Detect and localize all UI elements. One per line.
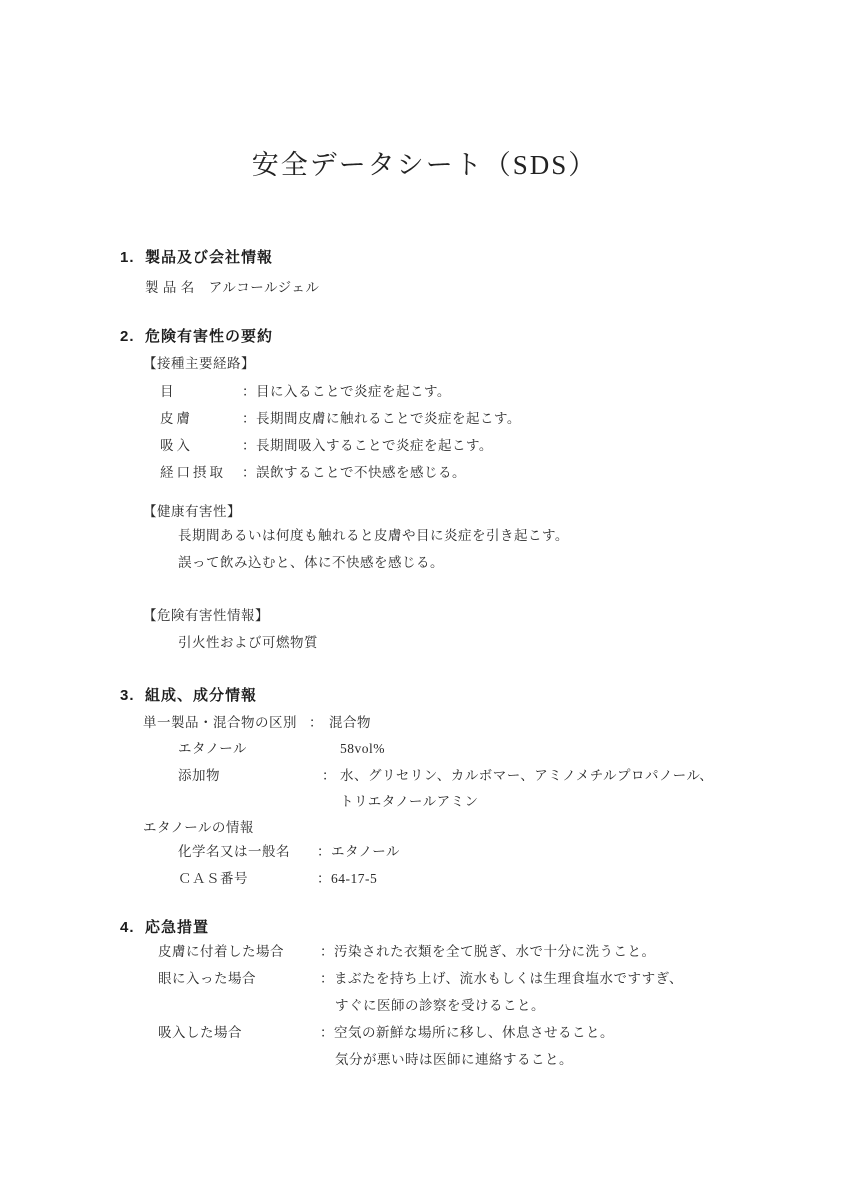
- ethanol-info-list: 化学名又は一般名 ：エタノール ＣＡＳ番号 ：64-17-5: [178, 838, 400, 892]
- component-row-additives: 添加物 ： 水、グリセリン、カルボマー、アミノメチルプロパノール、: [178, 763, 713, 790]
- first-aid-line: ：まぶたを持ち上げ、流水もしくは生理食塩水ですすぎ、: [320, 965, 683, 992]
- route-row-eye: 目 ：目に入ることで炎症を起こす。: [160, 378, 521, 405]
- section-2-number: 2.: [120, 328, 145, 345]
- chemical-name-value: ：エタノール: [317, 838, 400, 865]
- first-aid-desc: ：汚染された衣類を全て脱ぎ、水で十分に洗うこと。: [320, 938, 655, 965]
- component-value: 58vol%: [340, 736, 385, 763]
- route-label: 経口摂取: [160, 459, 242, 486]
- section-4-number: 4.: [120, 919, 145, 936]
- first-aid-desc: ：空気の新鮮な場所に移し、休息させること。 気分が悪い時は医師に連絡すること。: [320, 1019, 614, 1073]
- classification-colon: ：: [309, 711, 323, 731]
- route-row-ingestion: 経口摂取 ：誤飲することで不快感を感じる。: [160, 459, 521, 486]
- exposure-routes-header: 【接種主要経路】: [143, 352, 255, 372]
- section-1-heading: 1. 製品及び会社情報: [120, 246, 273, 267]
- first-aid-list: 皮膚に付着した場合 ：汚染された衣類を全て脱ぎ、水で十分に洗うこと。 眼に入った…: [158, 938, 683, 1073]
- page-title: 安全データシート（SDS）: [0, 143, 849, 182]
- first-aid-label: 皮膚に付着した場合: [158, 938, 320, 965]
- section-1-title: 製品及び会社情報: [145, 246, 273, 267]
- exposure-routes-list: 目 ：目に入ることで炎症を起こす。 皮膚 ：長期間皮膚に触れることで炎症を起こす…: [160, 378, 521, 486]
- first-aid-row-inhalation: 吸入した場合 ：空気の新鮮な場所に移し、休息させること。 気分が悪い時は医師に連…: [158, 1019, 683, 1073]
- component-label: エタノール: [178, 736, 322, 763]
- section-3-number: 3.: [120, 687, 145, 704]
- hazard-info-header: 【危険有害性情報】: [143, 604, 269, 624]
- route-desc: ：長期間皮膚に触れることで炎症を起こす。: [242, 405, 521, 432]
- component-colon: ：: [322, 763, 340, 790]
- route-label: 吸入: [160, 432, 242, 459]
- first-aid-line: ：空気の新鮮な場所に移し、休息させること。: [320, 1019, 614, 1046]
- first-aid-line-continued: すぐに医師の診察を受けること。: [320, 992, 683, 1019]
- first-aid-desc: ：まぶたを持ち上げ、流水もしくは生理食塩水ですすぎ、 すぐに医師の診察を受けるこ…: [320, 965, 683, 1019]
- component-value-continued: トリエタノールアミン: [340, 789, 713, 816]
- route-label: 皮膚: [160, 405, 242, 432]
- first-aid-row-eye: 眼に入った場合 ：まぶたを持ち上げ、流水もしくは生理食塩水ですすぎ、 すぐに医師…: [158, 965, 683, 1019]
- health-hazard-header: 【健康有害性】: [143, 500, 241, 520]
- cas-number-value: ：64-17-5: [317, 865, 377, 892]
- component-colon: [322, 736, 340, 763]
- first-aid-line: ：汚染された衣類を全て脱ぎ、水で十分に洗うこと。: [320, 938, 655, 965]
- route-desc: ：長期間吸入することで炎症を起こす。: [242, 432, 493, 459]
- classification-label: 単一製品・混合物の区別: [143, 711, 297, 731]
- chemical-name-row: 化学名又は一般名 ：エタノール: [178, 838, 400, 865]
- component-label: 添加物: [178, 763, 322, 790]
- health-hazard-line: 誤って飲み込むと、体に不快感を感じる。: [178, 549, 569, 576]
- hazard-info-line: 引火性および可燃物質: [178, 631, 318, 651]
- section-2-heading: 2. 危険有害性の要約: [120, 325, 273, 346]
- component-list: エタノール 58vol% 添加物 ： 水、グリセリン、カルボマー、アミノメチルプ…: [178, 736, 713, 816]
- first-aid-label: 吸入した場合: [158, 1019, 320, 1073]
- section-2-title: 危険有害性の要約: [145, 325, 273, 346]
- component-value: 水、グリセリン、カルボマー、アミノメチルプロパノール、: [340, 763, 713, 790]
- section-1-number: 1.: [120, 249, 145, 266]
- route-row-skin: 皮膚 ：長期間皮膚に触れることで炎症を起こす。: [160, 405, 521, 432]
- chemical-name-label: 化学名又は一般名: [178, 838, 317, 865]
- health-hazard-lines: 長期間あるいは何度も触れると皮膚や目に炎症を引き起こす。 誤って飲み込むと、体に…: [178, 522, 569, 576]
- route-desc: ：誤飲することで不快感を感じる。: [242, 459, 466, 486]
- ethanol-info-header: エタノールの情報: [143, 816, 254, 836]
- section-4-title: 応急措置: [145, 916, 209, 937]
- classification-value: 混合物: [329, 711, 371, 731]
- first-aid-label: 眼に入った場合: [158, 965, 320, 1019]
- section-4-heading: 4. 応急措置: [120, 916, 209, 937]
- health-hazard-line: 長期間あるいは何度も触れると皮膚や目に炎症を引き起こす。: [178, 522, 569, 549]
- product-name-line: 製 品 名 アルコールジェル: [145, 276, 319, 296]
- route-desc: ：目に入ることで炎症を起こす。: [242, 378, 451, 405]
- sds-document-page: 安全データシート（SDS） 1. 製品及び会社情報 製 品 名 アルコールジェル…: [0, 0, 849, 1200]
- first-aid-line-continued: 気分が悪い時は医師に連絡すること。: [320, 1046, 614, 1073]
- cas-number-row: ＣＡＳ番号 ：64-17-5: [178, 865, 400, 892]
- route-row-inhalation: 吸入 ：長期間吸入することで炎症を起こす。: [160, 432, 521, 459]
- section-3-heading: 3. 組成、成分情報: [120, 684, 257, 705]
- mixture-classification-row: 単一製品・混合物の区別 ： 混合物: [143, 711, 371, 731]
- cas-number-label: ＣＡＳ番号: [178, 865, 317, 892]
- section-3-title: 組成、成分情報: [145, 684, 257, 705]
- component-row-ethanol: エタノール 58vol%: [178, 736, 713, 763]
- first-aid-row-skin: 皮膚に付着した場合 ：汚染された衣類を全て脱ぎ、水で十分に洗うこと。: [158, 938, 683, 965]
- route-label: 目: [160, 378, 242, 405]
